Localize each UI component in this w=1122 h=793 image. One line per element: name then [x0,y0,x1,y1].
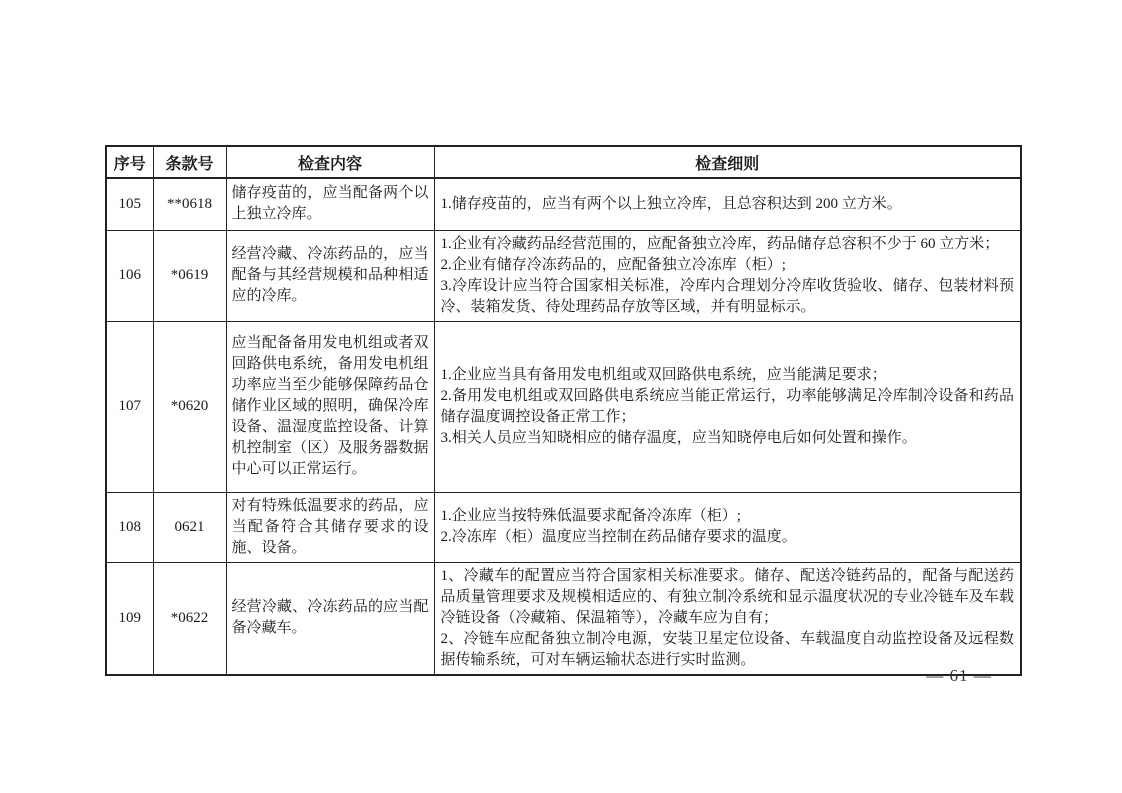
detail-cell: 1.企业有冷藏药品经营范围的，应配备独立冷库，药品储存总容积不少于 60 立方米… [434,230,1021,321]
detail-item: 1.企业应当按特殊低温要求配备冷冻库（柜）; [441,506,1015,527]
detail-item: 1、冷藏车的配置应当符合国家相关标准要求。储存、配送冷链药品的，配备与配送药品质… [441,566,1015,629]
document-page: 序号 条款号 检查内容 检查细则 105 **0618 储存疫苗的，应当配备两个… [0,0,1122,793]
content-cell: 经营冷藏、冷冻药品的应当配备冷藏车。 [226,562,434,675]
serial-cell: 105 [106,178,153,230]
detail-item: 1.企业应当具有备用发电机组或双回路供电系统，应当能满足要求； [441,365,1015,386]
table-row-108: 108 0621 对有特殊低温要求的药品，应当配备符合其储存要求的设施、设备。 … [106,492,1021,562]
detail-item: 1.企业有冷藏药品经营范围的，应配备独立冷库，药品储存总容积不少于 60 立方米… [441,234,1015,255]
header-inspection-content: 检查内容 [226,146,434,178]
detail-item: 1.储存疫苗的，应当有两个以上独立冷库，且总容积达到 200 立方米。 [441,194,1015,215]
serial-cell: 108 [106,492,153,562]
header-inspection-details: 检查细则 [434,146,1021,178]
header-serial-number: 序号 [106,146,153,178]
detail-item: 3.相关人员应当知晓相应的储存温度，应当知晓停电后如何处置和操作。 [441,428,1015,449]
content-text: 经营冷藏、冷冻药品的，应当配备与其经营规模和品种相适应的冷库。 [232,244,429,307]
detail-item: 2.企业有储存冷冻药品的，应配备独立冷冻库（柜）; [441,255,1015,276]
clause-cell: **0618 [153,178,226,230]
header-clause-number: 条款号 [153,146,226,178]
table-row-105: 105 **0618 储存疫苗的，应当配备两个以上独立冷库。 1.储存疫苗的，应… [106,178,1021,230]
clause-cell: *0620 [153,321,226,492]
content-text: 对有特殊低温要求的药品，应当配备符合其储存要求的设施、设备。 [232,496,429,559]
detail-item: 2.备用发电机组或双回路供电系统应当能正常运行，功率能够满足冷库制冷设备和药品储… [441,386,1015,428]
inspection-table: 序号 条款号 检查内容 检查细则 105 **0618 储存疫苗的，应当配备两个… [105,145,1022,676]
detail-cell: 1、冷藏车的配置应当符合国家相关标准要求。储存、配送冷链药品的，配备与配送药品质… [434,562,1021,675]
serial-cell: 107 [106,321,153,492]
content-cell: 经营冷藏、冷冻药品的，应当配备与其经营规模和品种相适应的冷库。 [226,230,434,321]
clause-cell: 0621 [153,492,226,562]
table-row-109: 109 *0622 经营冷藏、冷冻药品的应当配备冷藏车。 1、冷藏车的配置应当符… [106,562,1021,675]
detail-item: 2、冷链车应配备独立制冷电源，安装卫星定位设备、车载温度自动监控设备及远程数据传… [441,629,1015,671]
content-text: 经营冷藏、冷冻药品的应当配备冷藏车。 [232,597,429,639]
serial-cell: 106 [106,230,153,321]
serial-cell: 109 [106,562,153,675]
table-header-row: 序号 条款号 检查内容 检查细则 [106,146,1021,178]
content-cell: 储存疫苗的，应当配备两个以上独立冷库。 [226,178,434,230]
page-number: — 61 — [914,666,1004,686]
detail-item: 2.冷冻库（柜）温度应当控制在药品储存要求的温度。 [441,527,1015,548]
content-text: 应当配备备用发电机组或者双回路供电系统，备用发电机组功率应当至少能够保障药品仓储… [232,333,429,480]
content-cell: 应当配备备用发电机组或者双回路供电系统，备用发电机组功率应当至少能够保障药品仓储… [226,321,434,492]
content-text: 储存疫苗的，应当配备两个以上独立冷库。 [232,183,429,225]
detail-item: 3.冷库设计应当符合国家相关标准，冷库内合理划分冷库收货验收、储存、包装材料预冷… [441,276,1015,318]
table-row-106: 106 *0619 经营冷藏、冷冻药品的，应当配备与其经营规模和品种相适应的冷库… [106,230,1021,321]
clause-cell: *0622 [153,562,226,675]
detail-cell: 1.企业应当具有备用发电机组或双回路供电系统，应当能满足要求； 2.备用发电机组… [434,321,1021,492]
clause-cell: *0619 [153,230,226,321]
table-row-107: 107 *0620 应当配备备用发电机组或者双回路供电系统，备用发电机组功率应当… [106,321,1021,492]
detail-cell: 1.储存疫苗的，应当有两个以上独立冷库，且总容积达到 200 立方米。 [434,178,1021,230]
detail-cell: 1.企业应当按特殊低温要求配备冷冻库（柜）; 2.冷冻库（柜）温度应当控制在药品… [434,492,1021,562]
content-cell: 对有特殊低温要求的药品，应当配备符合其储存要求的设施、设备。 [226,492,434,562]
